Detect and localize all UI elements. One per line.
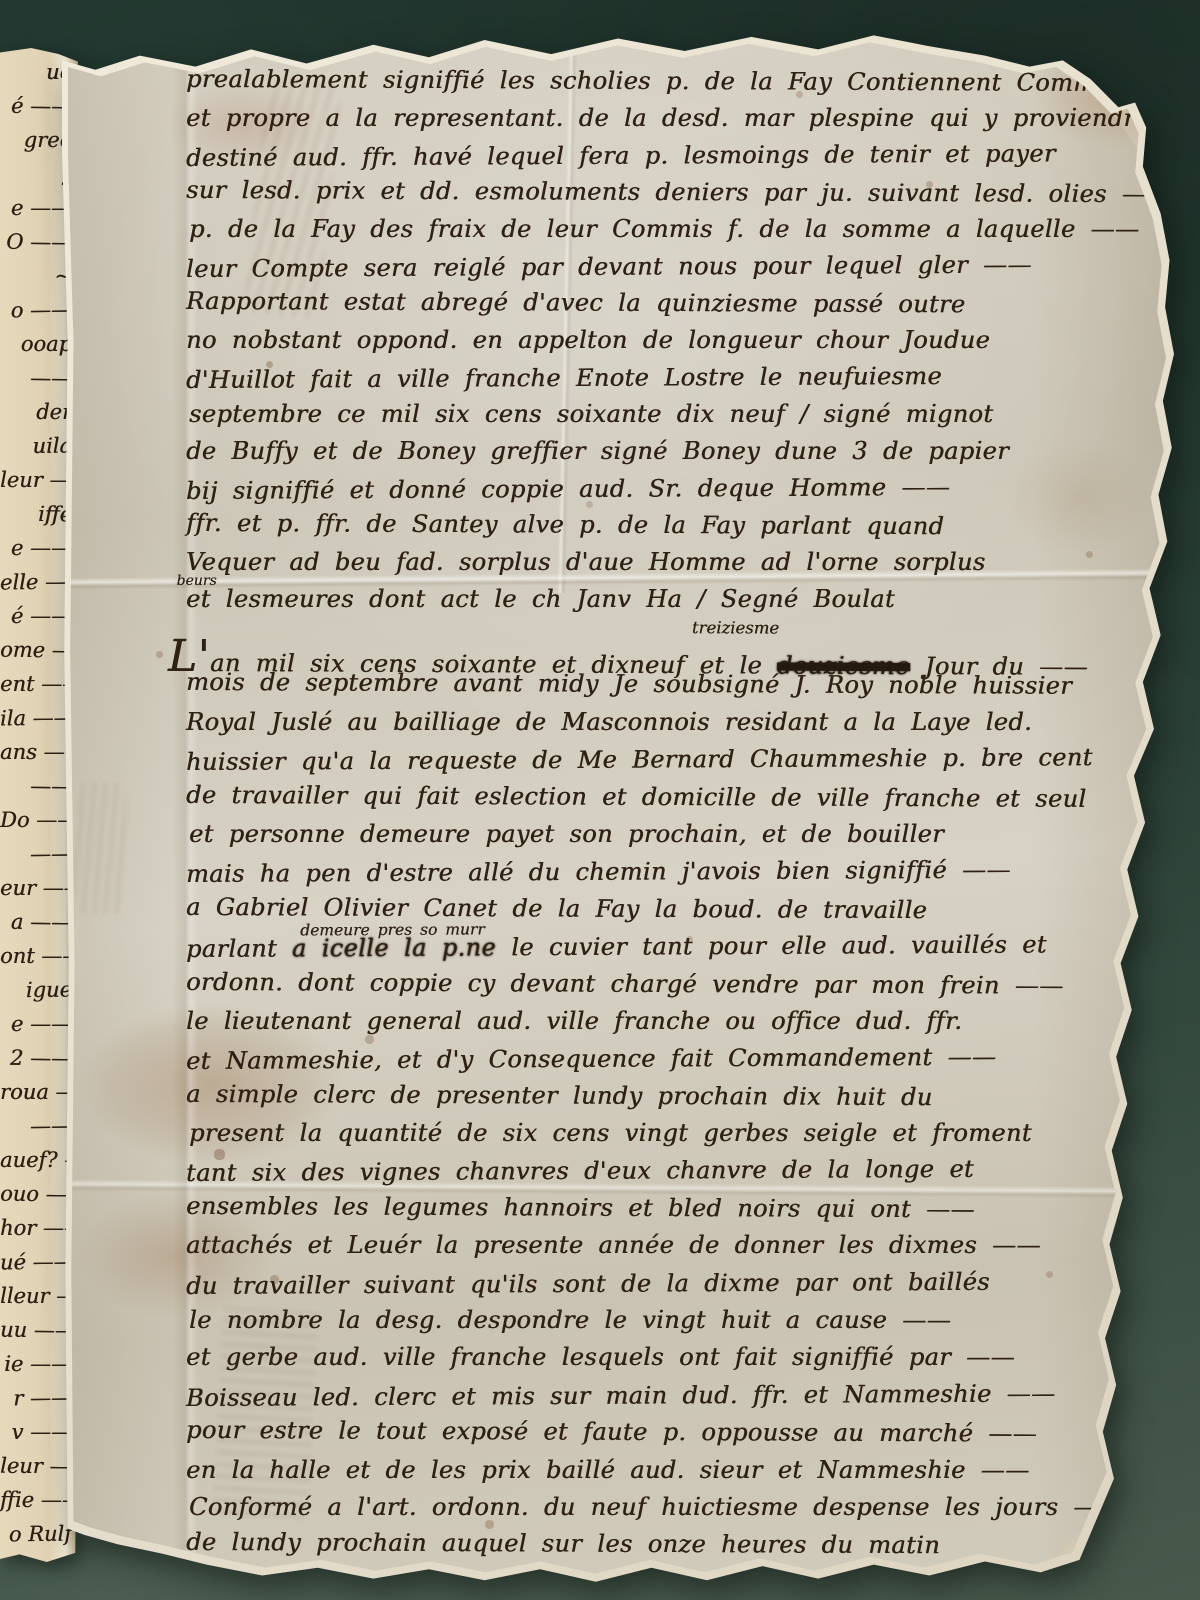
text-line-with-correction: treiziesme L'an mil six cens soixante et…: [168, 631, 1138, 673]
line-text: parlant: [186, 935, 292, 964]
text-line: present la quantité de six cens vingt ge…: [189, 1119, 1141, 1156]
text-line: sur lesd. prix et dd. esmoluments denier…: [186, 176, 1138, 217]
text-line: ordonn. dont coppie cy devant chargé ven…: [186, 967, 1138, 1009]
paragraph-1: prealablement signiffié les scholies p. …: [186, 67, 1138, 622]
ink-showthrough: [74, 783, 126, 913]
text-line: le nombre la desg. despondre le vingt hu…: [189, 1306, 1141, 1343]
text-line: d'Huillot fait a ville franche Enote Los…: [186, 361, 1138, 403]
text-line: Rapportant estat abregé d'avec la quinzi…: [186, 287, 1138, 328]
paragraph-2: treiziesme L'an mil six cens soixante et…: [186, 633, 1138, 1568]
paragraph-2-lines-b: ordonn. dont coppie cy devant chargé ven…: [186, 970, 1138, 1568]
text-line: et personne demeure payet son prochain, …: [189, 820, 1141, 857]
text-line-with-insertion: demeure pres so murr parlant a icelle la…: [186, 930, 1138, 972]
text-line: leur Compte sera reiglé par devant nous …: [186, 250, 1138, 292]
text-line: no nobstant oppond. en appelton de longu…: [186, 326, 1138, 363]
text-line: bij signiffié et donné coppie aud. Sr. d…: [186, 472, 1138, 514]
text-line: et gerbe aud. ville franche lesquels ont…: [186, 1343, 1138, 1380]
text-line: tant six des vignes chanvres d'eux chanv…: [186, 1154, 1138, 1196]
text-line: en la halle et de les prix baillé aud. s…: [186, 1456, 1138, 1493]
text-line: Boisseau led. clerc et mis sur main dud.…: [186, 1379, 1138, 1421]
handwritten-text: prealablement signiffié les scholies p. …: [186, 67, 1138, 1568]
text-line: septembre ce mil six cens soixante dix n…: [189, 400, 1141, 437]
text-line: Conformé a l'art. ordonn. du neuf huicti…: [189, 1493, 1141, 1530]
text-line-with-insertion: beurs et lesmeures dont act le ch Janv H…: [186, 585, 1138, 622]
text-line: le lieutenant general aud. ville franche…: [186, 1007, 1138, 1044]
text-line: p. de la Fay des fraix de leur Commis f.…: [189, 215, 1141, 252]
text-line: destiné aud. ffr. havé lequel fera p. le…: [186, 139, 1138, 181]
text-line: mais ha pen d'estre allé du chemin j'avo…: [186, 855, 1138, 897]
main-page: prealablement signiffié les scholies p. …: [62, 26, 1174, 1588]
line-text: et lesmeures dont act le ch Janv Ha / Se…: [186, 585, 895, 613]
line-text: le cuvier tant pour elle aud. vauillés e…: [496, 931, 1047, 962]
text-line: ffr. et p. ffr. de Santey alve p. de la …: [186, 509, 1138, 550]
text-line: du travailler suivant qu'ils sont de la …: [186, 1267, 1138, 1309]
paragraph-2-lines-a: mois de septembre avant midy Je soubsign…: [186, 670, 1138, 932]
text-line: Royal Juslé au bailliage de Masconnois r…: [186, 708, 1138, 745]
text-line: ensembles les legumes hannoirs et bled n…: [186, 1192, 1138, 1234]
text-line: mois de septembre avant midy Je soubsign…: [186, 668, 1138, 710]
paragraph-1-lines: prealablement signiffié les scholies p. …: [186, 67, 1138, 585]
text-line: de travailler qui fait eslection et domi…: [186, 780, 1138, 822]
paper-surface: prealablement signiffié les scholies p. …: [68, 33, 1166, 1580]
text-line: Vequer ad beu fad. sorplus d'aue Homme a…: [186, 548, 1138, 585]
text-line: attachés et Leuér la presente année de d…: [186, 1231, 1138, 1268]
interlinear-correction: treiziesme: [692, 618, 779, 637]
fox-spots: [68, 33, 71, 36]
text-line: et propre a la representant. de la desd.…: [186, 104, 1138, 141]
text-line: a simple clerc de presenter lundy procha…: [186, 1080, 1138, 1122]
text-line: huissier qu'a la requeste de Me Bernard …: [186, 743, 1138, 785]
text-line: et Nammeshie, et d'y Consequence fait Co…: [186, 1042, 1138, 1084]
text-line: pour estre le tout exposé et faute p. op…: [186, 1416, 1138, 1458]
interlinear-insertion: demeure pres so murr: [300, 921, 485, 940]
interlinear-insertion: beurs: [176, 573, 216, 589]
text-line: de Buffy et de Boney greffier signé Bone…: [186, 437, 1138, 474]
manuscript-photo: { "colors": { "mat_green": "#2b4237", "p…: [0, 0, 1200, 1600]
text-line: prealablement signiffié les scholies p. …: [186, 65, 1138, 106]
